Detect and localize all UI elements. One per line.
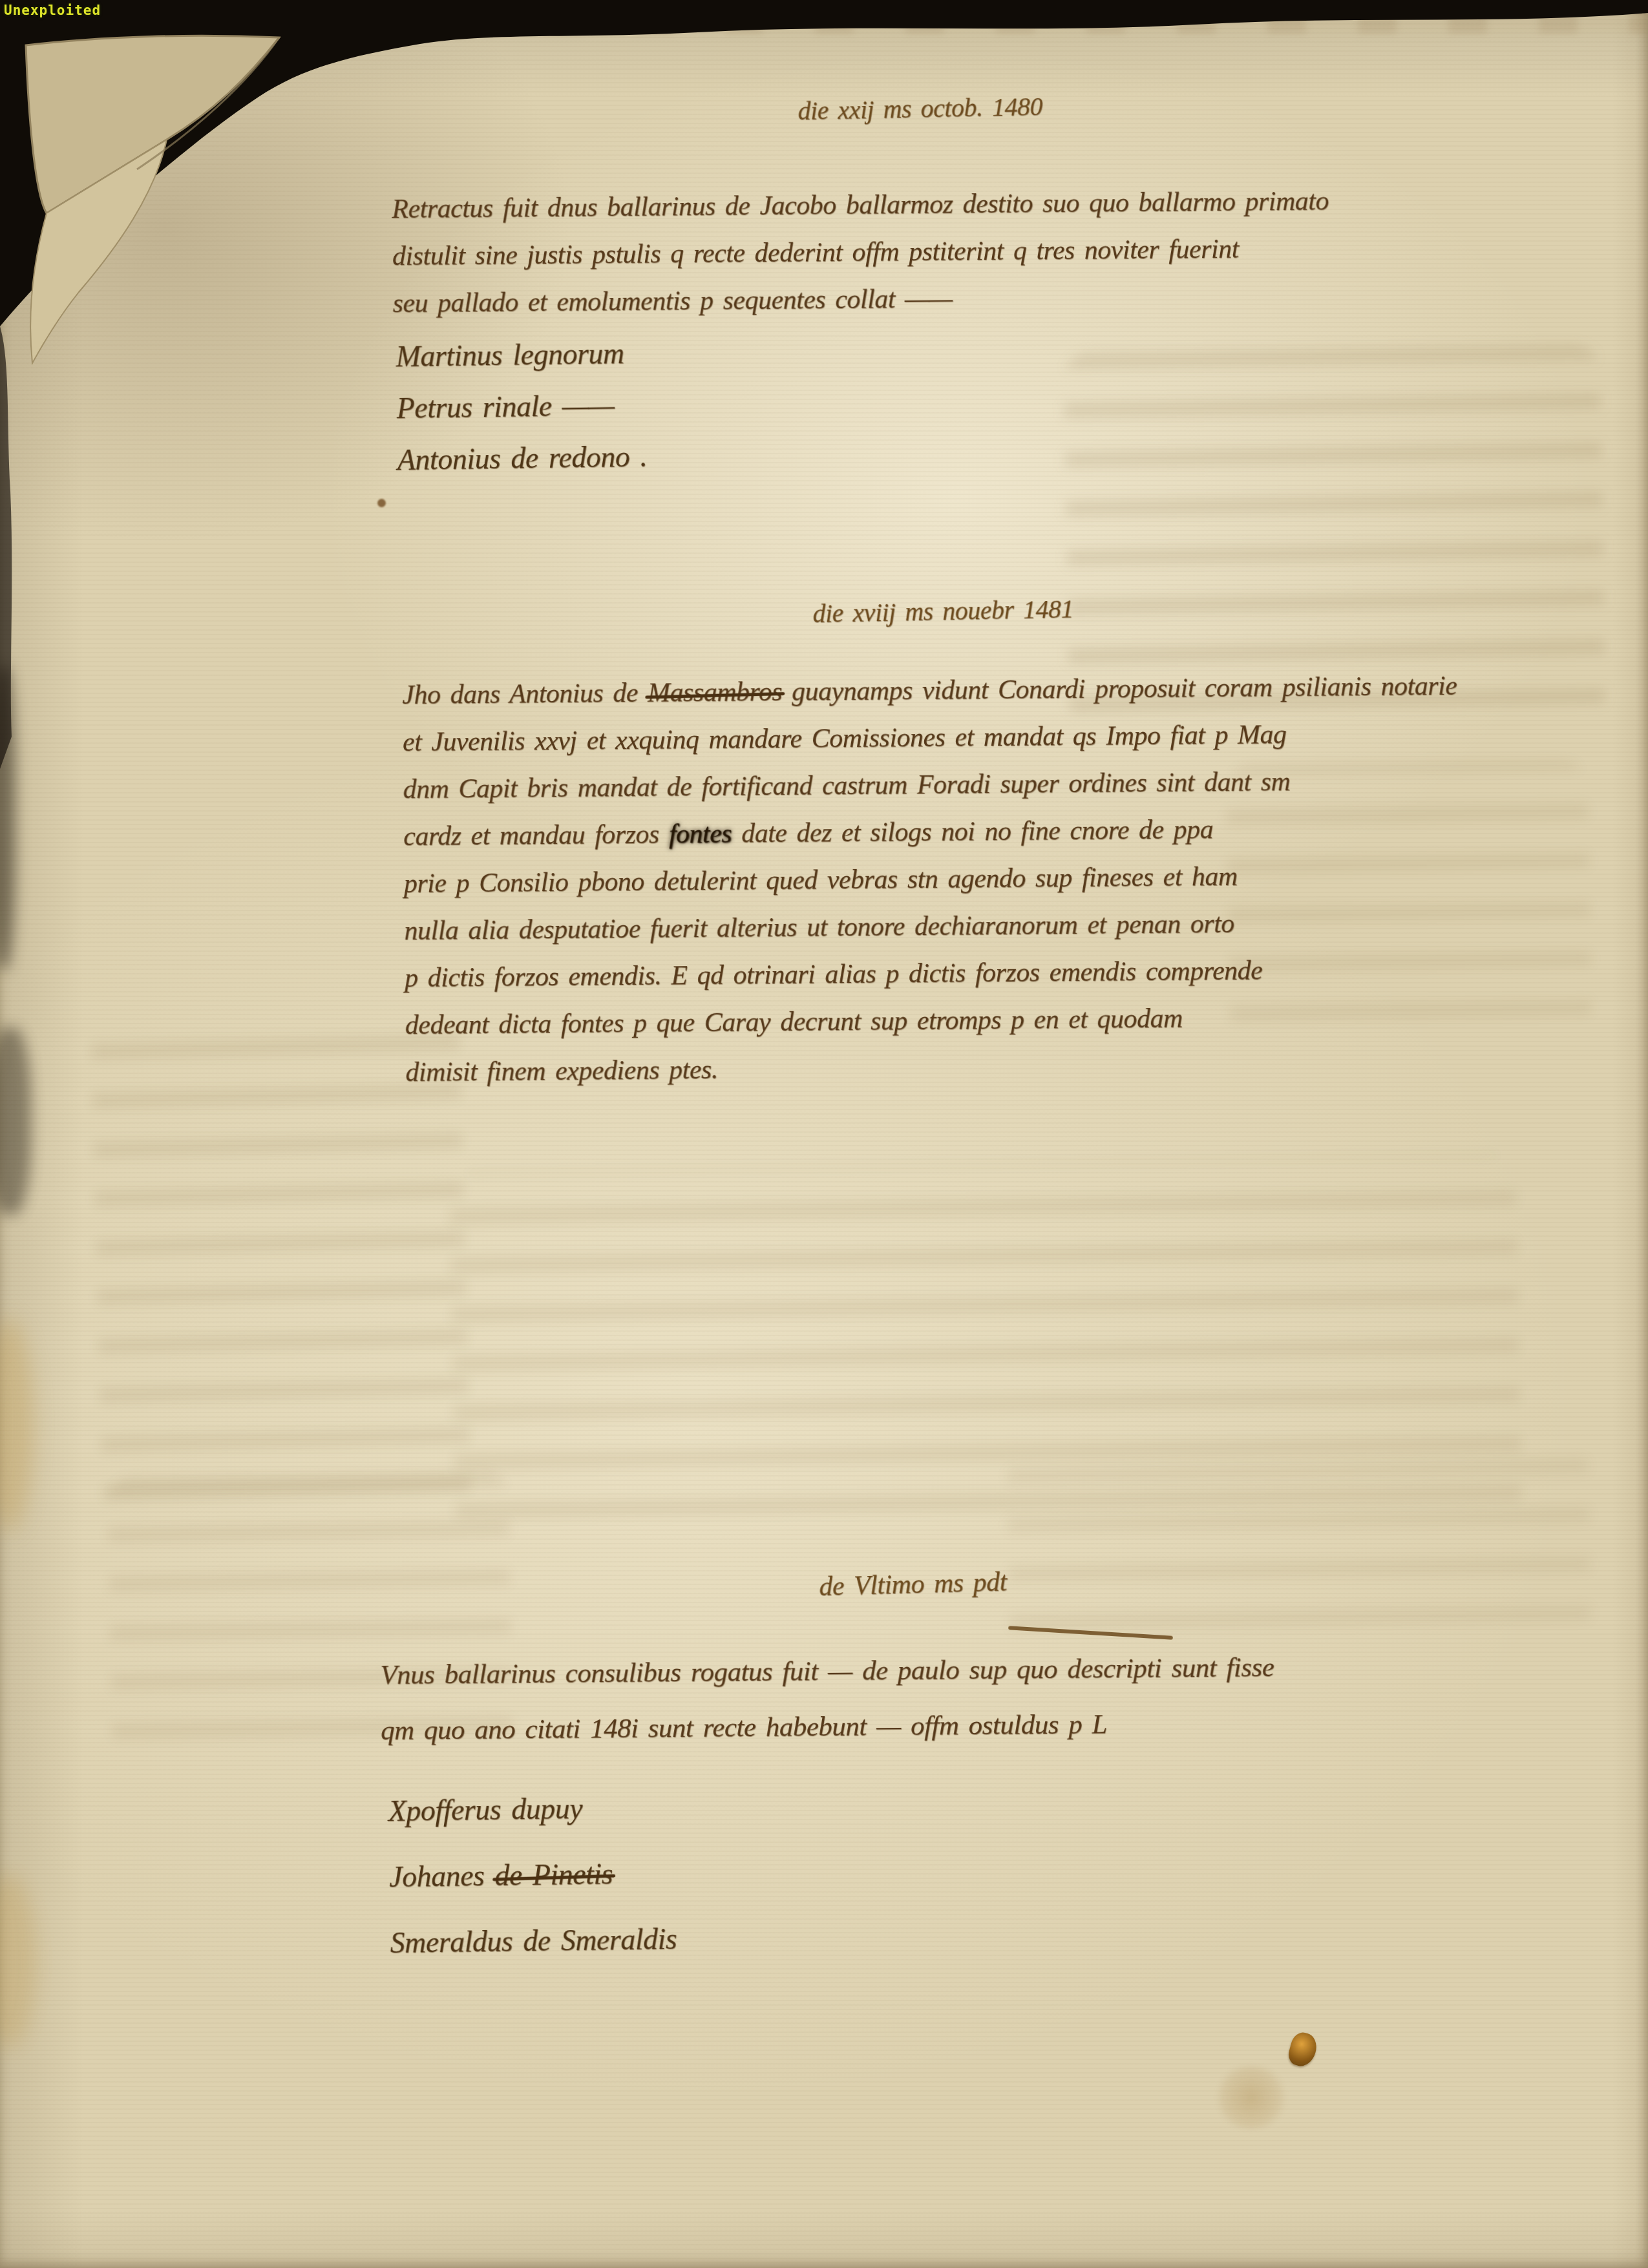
entry2-paragraph: Jho dans Antonius de Massambros guaynamp… xyxy=(402,663,1461,1097)
entry1-paragraph: Retractus fuit dnus ballarinus de Jacobo… xyxy=(392,178,1330,328)
line-segment: Jho dans Antonius de xyxy=(402,678,648,710)
signature-name: Martinus legnorum xyxy=(396,328,646,383)
line-segment: date dez et silogs noi no fine cnore de … xyxy=(732,815,1213,848)
manuscript-page: Unexploited die xxij ms octob. 1480 Retr… xyxy=(0,0,1648,2268)
manuscript-line: dimisit finem expediens ptes. xyxy=(405,1040,1461,1097)
entry1-date-heading: die xxij ms octob. 1480 xyxy=(798,91,1042,126)
struck-word: Massambros xyxy=(648,677,783,708)
entry3-paragraph: Vnus ballarinus consulibus rogatus fuit … xyxy=(380,1640,1274,1759)
line-segment: Johanes xyxy=(389,1859,495,1893)
signature-name: Xpofferus dupuy xyxy=(388,1774,675,1844)
manuscript-line: Vnus ballarinus consulibus rogatus fuit … xyxy=(380,1640,1274,1703)
torn-corner-and-edges xyxy=(0,0,1648,2268)
line-segment: guaynamps vidunt Conardi proposuit coram… xyxy=(782,671,1457,707)
struck-word: de Pinetis xyxy=(494,1857,613,1892)
signature-name: Smeraldus de Smeraldis xyxy=(390,1906,677,1976)
signature-name: Antonius de redono . xyxy=(397,431,648,486)
watermark-text: Unexploited xyxy=(4,3,101,18)
manuscript-line: distulit sine justis pstulis q recte ded… xyxy=(392,225,1329,280)
signature-name: Johanes de Pinetis xyxy=(388,1840,676,1910)
manuscript-line: seu pallado et emolumentis p sequentes c… xyxy=(392,272,1329,328)
entry3-name-list: Xpofferus dupuy Johanes de Pinetis Smera… xyxy=(388,1774,677,1976)
entry2-date-heading: die xviij ms nouebr 1481 xyxy=(812,593,1073,629)
manuscript-line: qm quo ano citati 148i sunt recte habebu… xyxy=(381,1696,1275,1759)
manuscript-line: Retractus fuit dnus ballarinus de Jacobo… xyxy=(392,178,1329,233)
manuscript-line: Jho dans Antonius de Massambros guaynamp… xyxy=(402,663,1457,719)
entry1-name-list: Martinus legnorum Petrus rinale —— Anton… xyxy=(396,328,648,486)
line-segment: cardz et mandau forzos xyxy=(403,819,669,852)
signature-name: Petrus rinale —— xyxy=(396,379,647,434)
entry3-date-heading: de Vltimo ms pdt xyxy=(819,1566,1008,1602)
ink-blot-word: fontes xyxy=(669,819,732,850)
